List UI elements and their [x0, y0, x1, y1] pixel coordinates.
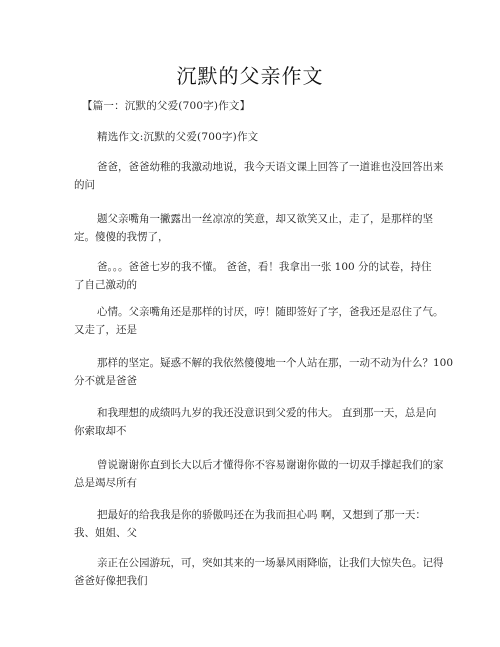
paragraph: 那样的坚定。疑惑不解的我依然傻傻地一个人站在那，一动不动为什么？100 分不就是…	[74, 354, 444, 390]
paragraph: 爸爸，爸爸幼稚的我激动地说，我今天语文课上回答了一道谁也没回答出来 的问	[74, 158, 444, 194]
paragraph-line: 爸爸好像把我们	[74, 572, 444, 590]
paragraph: 把最好的给我我是你的骄傲吗还在为我而担心吗 啊，又想到了那一天： 我、姐姐、父	[74, 506, 444, 542]
paragraph-line: 心情。父亲嘴角还是那样的讨厌，哼！随即签好了字，爸我还是忍住了气。	[74, 303, 444, 321]
paragraph-line: 我、姐姐、父	[74, 524, 444, 542]
paragraph-line: 总是竭尽所有	[74, 474, 444, 492]
paragraph: 曾说谢谢你直到长大以后才懂得你不容易谢谢你做的一切双手撑起我们的家 总是竭尽所有	[74, 456, 444, 492]
paragraph: 和我理想的成绩吗九岁的我还没意识到父爱的伟大。 直到那一天，总是向 你索取却不	[74, 404, 444, 440]
paragraph-line: 定。傻傻的我愣了，	[74, 228, 444, 246]
paragraph-line: 你索取却不	[74, 422, 444, 440]
document-page: 沉默的父亲作文 【篇一：沉默的父爱(700字)作文】 精选作文:沉默的父爱(70…	[0, 0, 500, 647]
paragraph: 爸。。。爸爸七岁的我不懂。 爸爸，看！我拿出一张 100 分的试卷，持住 了自己…	[74, 258, 444, 294]
subtitle: 精选作文:沉默的父爱(700字)作文	[97, 129, 258, 144]
paragraph: 题父亲嘴角一撇露出一丝凉凉的笑意，却又欲笑又止，走了，是那样的坚 定。傻傻的我愣…	[74, 210, 444, 246]
paragraph-line: 爸爸，爸爸幼稚的我激动地说，我今天语文课上回答了一道谁也没回答出来	[74, 158, 444, 176]
section-heading: 【篇一：沉默的父爱(700字)作文】	[82, 98, 250, 113]
paragraph-line: 又走了，还是	[74, 321, 444, 339]
paragraph-line: 亲正在公园游玩，可，突如其来的一场暴风雨降临，让我们大惊失色。记得	[74, 554, 444, 572]
paragraph-line: 爸。。。爸爸七岁的我不懂。 爸爸，看！我拿出一张 100 分的试卷，持住	[74, 258, 444, 276]
paragraph-line: 的问	[74, 176, 444, 194]
paragraph-line: 题父亲嘴角一撇露出一丝凉凉的笑意，却又欲笑又止，走了，是那样的坚	[74, 210, 444, 228]
paragraph-line: 把最好的给我我是你的骄傲吗还在为我而担心吗 啊，又想到了那一天：	[74, 506, 444, 524]
paragraph-line: 和我理想的成绩吗九岁的我还没意识到父爱的伟大。 直到那一天，总是向	[74, 404, 444, 422]
paragraph-line: 了自己激动的	[74, 276, 444, 294]
paragraph: 亲正在公园游玩，可，突如其来的一场暴风雨降临，让我们大惊失色。记得 爸爸好像把我…	[74, 554, 444, 590]
paragraph-line: 那样的坚定。疑惑不解的我依然傻傻地一个人站在那，一动不动为什么？100	[74, 354, 444, 372]
paragraph-line: 曾说谢谢你直到长大以后才懂得你不容易谢谢你做的一切双手撑起我们的家	[74, 456, 444, 474]
paragraph: 心情。父亲嘴角还是那样的讨厌，哼！随即签好了字，爸我还是忍住了气。 又走了，还是	[74, 303, 444, 339]
document-title: 沉默的父亲作文	[0, 60, 500, 89]
paragraph-line: 分不就是爸爸	[74, 372, 444, 390]
